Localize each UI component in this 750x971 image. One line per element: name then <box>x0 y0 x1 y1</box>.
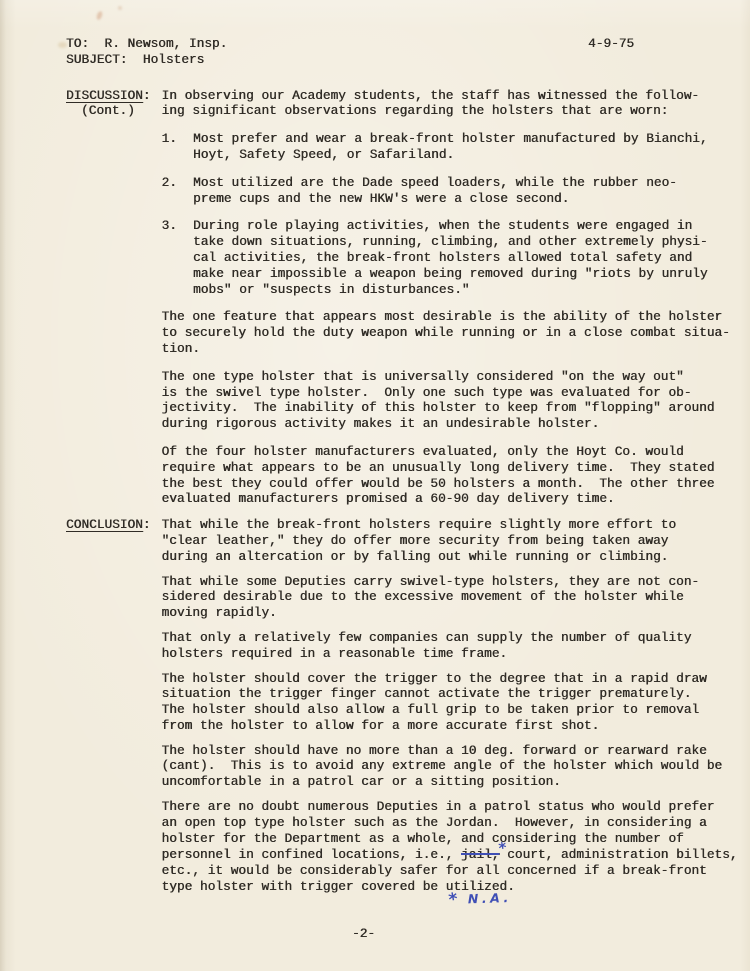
body-paragraph: The one type holster that is universally… <box>162 369 750 432</box>
annotation-text: N.A. <box>468 890 512 907</box>
body-paragraph: That while some Deputies carry swivel-ty… <box>162 574 750 621</box>
discussion-label-word: DISCUSSION <box>66 88 143 103</box>
struck-word-jail: jail, <box>461 847 499 862</box>
list-item: 3.During role playing activities, when t… <box>162 218 750 297</box>
discussion-body: In observing our Academy students, the s… <box>162 88 750 508</box>
date: 4-9-75 <box>588 36 634 52</box>
to-line: TO: R. Newsom, Insp. <box>66 36 750 52</box>
body-paragraph: Of the four holster manufacturers evalua… <box>162 444 750 507</box>
discussion-label-colon: : <box>143 88 151 103</box>
discussion-label: DISCUSSION: <box>66 88 162 104</box>
paper-stain <box>118 6 122 10</box>
body-paragraph: That while the break-front holsters requ… <box>162 517 750 564</box>
conclusion-section: CONCLUSION: That while the break-front h… <box>66 517 750 904</box>
body-paragraph: The holster should have no more than a 1… <box>162 743 750 790</box>
handwritten-annotation: *N.A. <box>449 890 512 909</box>
list-item: 1.Most prefer and wear a break-front hol… <box>162 131 750 163</box>
body-paragraph: The one feature that appears most desira… <box>162 309 750 356</box>
memo-header: TO: R. Newsom, Insp. 4-9-75 SUBJECT: Hol… <box>66 36 750 68</box>
discussion-intro: In observing our Academy students, the s… <box>162 88 750 120</box>
list-item: 2.Most utilized are the Dade speed loade… <box>162 175 750 207</box>
body-paragraph: That only a relatively few companies can… <box>162 630 750 662</box>
body-paragraph: The holster should cover the trigger to … <box>162 671 750 734</box>
discussion-section: DISCUSSION: (Cont.) In observing our Aca… <box>66 88 750 508</box>
conclusion-label-column: CONCLUSION: <box>66 517 162 533</box>
subject-line: SUBJECT: Holsters <box>66 52 750 68</box>
memo-page: TO: R. Newsom, Insp. 4-9-75 SUBJECT: Hol… <box>0 0 750 971</box>
item-number: 3. <box>162 218 194 297</box>
paper-stain <box>96 10 104 20</box>
conclusion-label-word: CONCLUSION <box>66 517 143 532</box>
annotation-asterisk-icon: * <box>448 892 459 909</box>
conclusion-body: That while the break-front holsters requ… <box>162 517 750 904</box>
discussion-cont-label: (Cont.) <box>66 103 162 119</box>
item-number: 1. <box>162 131 194 163</box>
page-number: -2- <box>352 926 375 942</box>
discussion-label-column: DISCUSSION: (Cont.) <box>66 88 162 120</box>
conclusion-label: CONCLUSION: <box>66 517 162 533</box>
final-paragraph: There are no doubt numerous Deputies in … <box>162 799 750 895</box>
item-text: Most utilized are the Dade speed loaders… <box>193 175 677 207</box>
item-number: 2. <box>162 175 194 207</box>
conclusion-label-colon: : <box>143 517 151 532</box>
item-text: Most prefer and wear a break-front holst… <box>193 131 708 163</box>
item-text: During role playing activities, when the… <box>193 218 708 297</box>
